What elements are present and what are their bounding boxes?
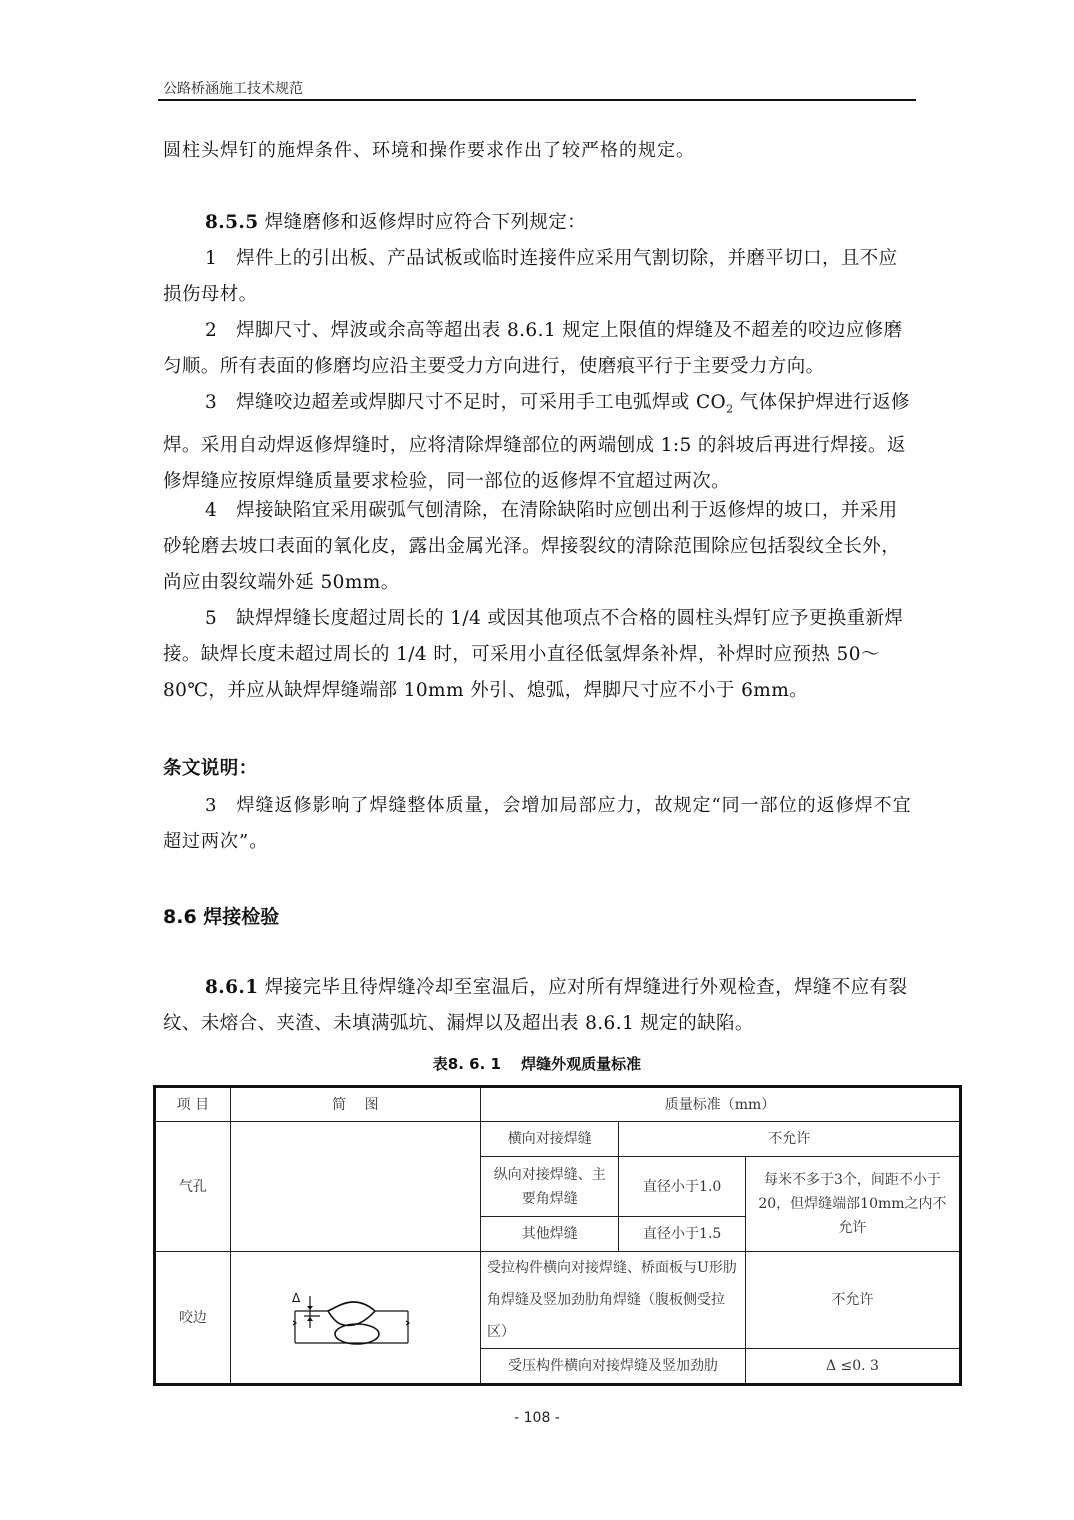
clause-item-1: 1 焊件上的引出板、产品试板或临时连接件应采用气割切除，并磨平切口，且不应损伤母… [163, 241, 915, 313]
weld-type: 其他焊缝 [481, 1217, 619, 1252]
weld-quality-table: 项 目 简 图 质量标准（mm） 气孔 横向对接焊缝 不允许 纵向对接焊缝、主要… [153, 1085, 962, 1386]
clause-text: 焊缝磨修和返修焊时应符合下列规定： [259, 212, 587, 233]
diagram-undercut: Δ [230, 1252, 480, 1385]
clause-item-3: 3 焊缝咬边超差或焊脚尺寸不足时，可采用手工电弧焊或 CO2 气体保护焊进行返修… [163, 385, 915, 500]
standard-value: 不允许 [619, 1122, 961, 1157]
clause-8-6-1: 8.6.1 焊接完毕且待焊缝冷却至室温后，应对所有焊缝进行外观检查，焊缝不应有裂… [163, 970, 915, 1042]
standard-value: 每米不多于3个，间距不小于20，但焊缝端部10mm之内不允许 [745, 1157, 960, 1252]
svg-text:Δ: Δ [292, 1291, 301, 1305]
weld-type: 受压构件横向对接焊缝及竖加劲肋 [481, 1349, 746, 1385]
clause-number: 8.6.1 [205, 977, 259, 998]
diameter-limit: 直径小于1.5 [619, 1217, 745, 1252]
header-item: 项 目 [155, 1087, 231, 1122]
clause-8-5-5: 8.5.5 焊缝磨修和返修焊时应符合下列规定： [163, 205, 915, 241]
page-number: - 108 - [0, 1410, 1074, 1426]
header-diagram: 简 图 [230, 1087, 480, 1122]
clause-item-2: 2 焊脚尺寸、焊波或余高等超出表 8.6.1 规定上限值的焊缝及不超差的咬边应修… [163, 313, 915, 385]
item-porosity: 气孔 [155, 1122, 231, 1252]
explanation-title: 条文说明： [163, 751, 915, 787]
undercut-weld-diagram-icon: Δ [290, 1288, 420, 1348]
item-undercut: 咬边 [155, 1252, 231, 1385]
table-row: 气孔 横向对接焊缝 不允许 [155, 1122, 961, 1157]
clause-item-5: 5 缺焊焊缝长度超过周长的 1/4 或因其他项点不合格的圆柱头焊钉应予更换重新焊… [163, 601, 915, 709]
diameter-limit: 直径小于1.0 [619, 1157, 745, 1217]
header-divider [158, 99, 916, 101]
item-3-text-a: 3 焊缝咬边超差或焊脚尺寸不足时，可采用手工电弧焊或 CO [205, 392, 726, 413]
running-header: 公路桥涵施工技术规范 [163, 78, 303, 98]
section-heading-8-6: 8.6 焊接检验 [163, 902, 279, 929]
paragraph-continuation: 圆柱头焊钉的施焊条件、环境和操作要求作出了较严格的规定。 [163, 133, 915, 169]
table-row: 咬边 Δ 受拉 [155, 1252, 961, 1349]
clause-text: 焊接完毕且待焊缝冷却至室温后，应对所有焊缝进行外观检查，焊缝不应有裂纹、未熔合、… [163, 977, 907, 1034]
weld-type: 横向对接焊缝 [481, 1122, 619, 1157]
table-caption: 表8. 6. 1 焊缝外观质量标准 [0, 1053, 1074, 1074]
header-standard: 质量标准（mm） [481, 1087, 961, 1122]
weld-type: 受拉构件横向对接焊缝、桥面板与U形肋角焊缝及竖加劲肋角焊缝（腹板侧受拉区） [481, 1252, 746, 1349]
diagram-porosity [230, 1122, 480, 1252]
clause-item-4: 4 焊接缺陷宜采用碳弧气刨清除，在清除缺陷时应刨出利于返修焊的坡口，并采用砂轮磨… [163, 493, 915, 601]
table-header-row: 项 目 简 图 质量标准（mm） [155, 1087, 961, 1122]
clause-number: 8.5.5 [205, 212, 259, 233]
explanation-item-3: 3 焊缝返修影响了焊缝整体质量，会增加局部应力，故规定“同一部位的返修焊不宜超过… [163, 788, 915, 860]
standard-value: Δ ≤0. 3 [745, 1349, 960, 1385]
weld-type: 纵向对接焊缝、主要角焊缝 [481, 1157, 619, 1217]
standard-value: 不允许 [745, 1252, 960, 1349]
